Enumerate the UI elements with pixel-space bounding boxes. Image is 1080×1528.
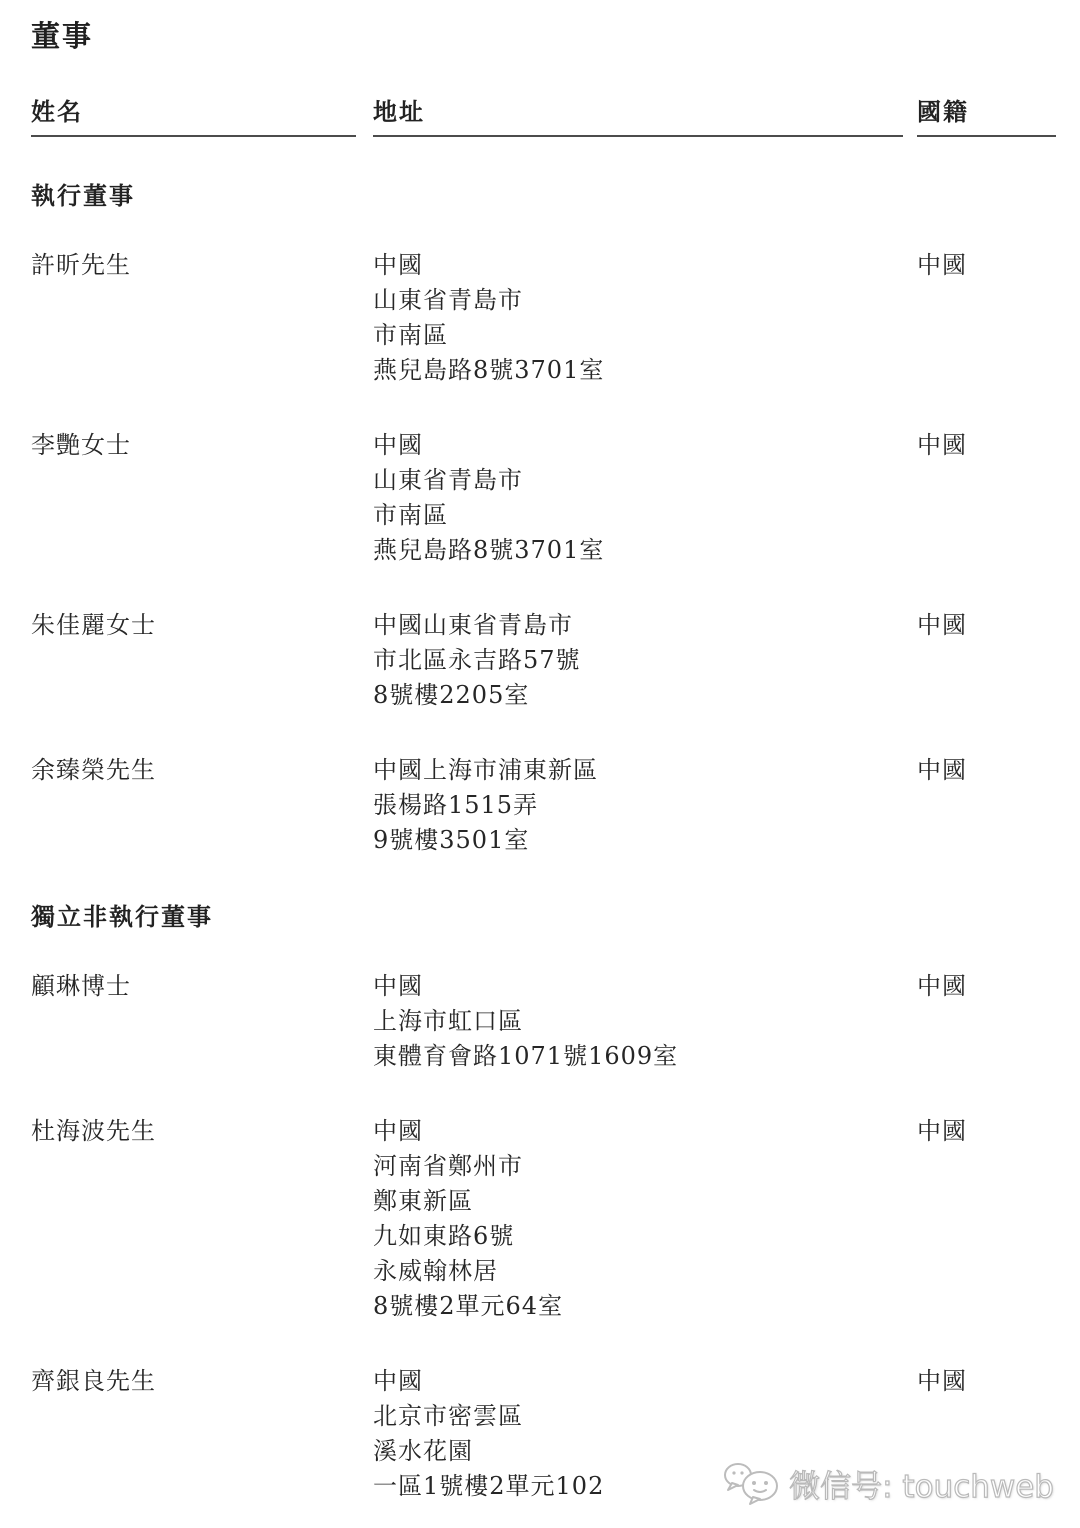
address-line: 市北區永吉路57號	[373, 643, 917, 678]
column-header-nationality: 國籍	[917, 97, 1056, 137]
address-line: 8號樓2單元64室	[373, 1289, 917, 1324]
address-line: 市南區	[373, 498, 917, 533]
address-line: 鄭東新區	[373, 1184, 917, 1219]
director-address: 中國上海市浦東新區 張楊路1515弄 9號樓3501室	[373, 753, 917, 858]
director-name: 杜海波先生	[31, 1114, 373, 1324]
section-heading-independent-non-executive-directors: 獨立非執行董事	[31, 902, 1056, 932]
address-line: 北京市密雲區	[373, 1399, 917, 1434]
address-line: 中國	[373, 1114, 917, 1149]
director-name: 李艷女士	[31, 428, 373, 568]
director-name: 齊銀良先生	[31, 1364, 373, 1504]
column-header-name: 姓名	[31, 97, 356, 137]
address-line: 山東省青島市	[373, 463, 917, 498]
director-nationality: 中國	[917, 248, 1056, 388]
page-title: 董事	[31, 18, 1056, 54]
watermark-label: 微信号: touchweb	[789, 1461, 1054, 1506]
address-line: 中國	[373, 969, 917, 1004]
director-row: 余臻榮先生 中國上海市浦東新區 張楊路1515弄 9號樓3501室 中國	[31, 753, 1056, 858]
address-line: 中國	[373, 428, 917, 463]
director-name: 許昕先生	[31, 248, 373, 388]
director-row: 顧琳博士 中國 上海市虹口區 東體育會路1071號1609室 中國	[31, 969, 1056, 1074]
director-nationality: 中國	[917, 608, 1056, 713]
director-name: 顧琳博士	[31, 969, 373, 1074]
section-heading-executive-directors: 執行董事	[31, 181, 1056, 211]
address-line: 永威翰林居	[373, 1254, 917, 1289]
address-line: 中國	[373, 1364, 917, 1399]
director-nationality: 中國	[917, 428, 1056, 568]
director-address: 中國 上海市虹口區 東體育會路1071號1609室	[373, 969, 917, 1074]
address-line: 山東省青島市	[373, 283, 917, 318]
director-address: 中國 河南省鄭州市 鄭東新區 九如東路6號 永威翰林居 8號樓2單元64室	[373, 1114, 917, 1324]
wechat-icon	[723, 1460, 781, 1506]
address-line: 燕兒島路8號3701室	[373, 533, 917, 568]
address-line: 東體育會路1071號1609室	[373, 1039, 917, 1074]
director-row: 許昕先生 中國 山東省青島市 市南區 燕兒島路8號3701室 中國	[31, 248, 1056, 388]
director-address: 中國 山東省青島市 市南區 燕兒島路8號3701室	[373, 248, 917, 388]
director-nationality: 中國	[917, 753, 1056, 858]
address-line: 中國上海市浦東新區	[373, 753, 917, 788]
watermark: 微信号: touchweb	[723, 1460, 1054, 1506]
address-line: 市南區	[373, 318, 917, 353]
director-address: 中國 山東省青島市 市南區 燕兒島路8號3701室	[373, 428, 917, 568]
address-line: 9號樓3501室	[373, 823, 917, 858]
director-name: 朱佳麗女士	[31, 608, 373, 713]
address-line: 河南省鄭州市	[373, 1149, 917, 1184]
director-nationality: 中國	[917, 969, 1056, 1074]
address-line: 中國	[373, 248, 917, 283]
director-address: 中國山東省青島市 市北區永吉路57號 8號樓2205室	[373, 608, 917, 713]
director-name: 余臻榮先生	[31, 753, 373, 858]
director-row: 李艷女士 中國 山東省青島市 市南區 燕兒島路8號3701室 中國	[31, 428, 1056, 568]
column-header-address: 地址	[373, 97, 903, 137]
document-page: 董事 姓名 地址 國籍 執行董事 許昕先生 中國 山東省青島市 市南區 燕兒島路…	[0, 0, 1080, 1528]
address-line: 燕兒島路8號3701室	[373, 353, 917, 388]
director-row: 杜海波先生 中國 河南省鄭州市 鄭東新區 九如東路6號 永威翰林居 8號樓2單元…	[31, 1114, 1056, 1324]
director-nationality: 中國	[917, 1114, 1056, 1324]
table-header-row: 姓名 地址 國籍	[31, 97, 1056, 137]
address-line: 8號樓2205室	[373, 678, 917, 713]
address-line: 張楊路1515弄	[373, 788, 917, 823]
director-row: 朱佳麗女士 中國山東省青島市 市北區永吉路57號 8號樓2205室 中國	[31, 608, 1056, 713]
address-line: 中國山東省青島市	[373, 608, 917, 643]
address-line: 上海市虹口區	[373, 1004, 917, 1039]
address-line: 九如東路6號	[373, 1219, 917, 1254]
